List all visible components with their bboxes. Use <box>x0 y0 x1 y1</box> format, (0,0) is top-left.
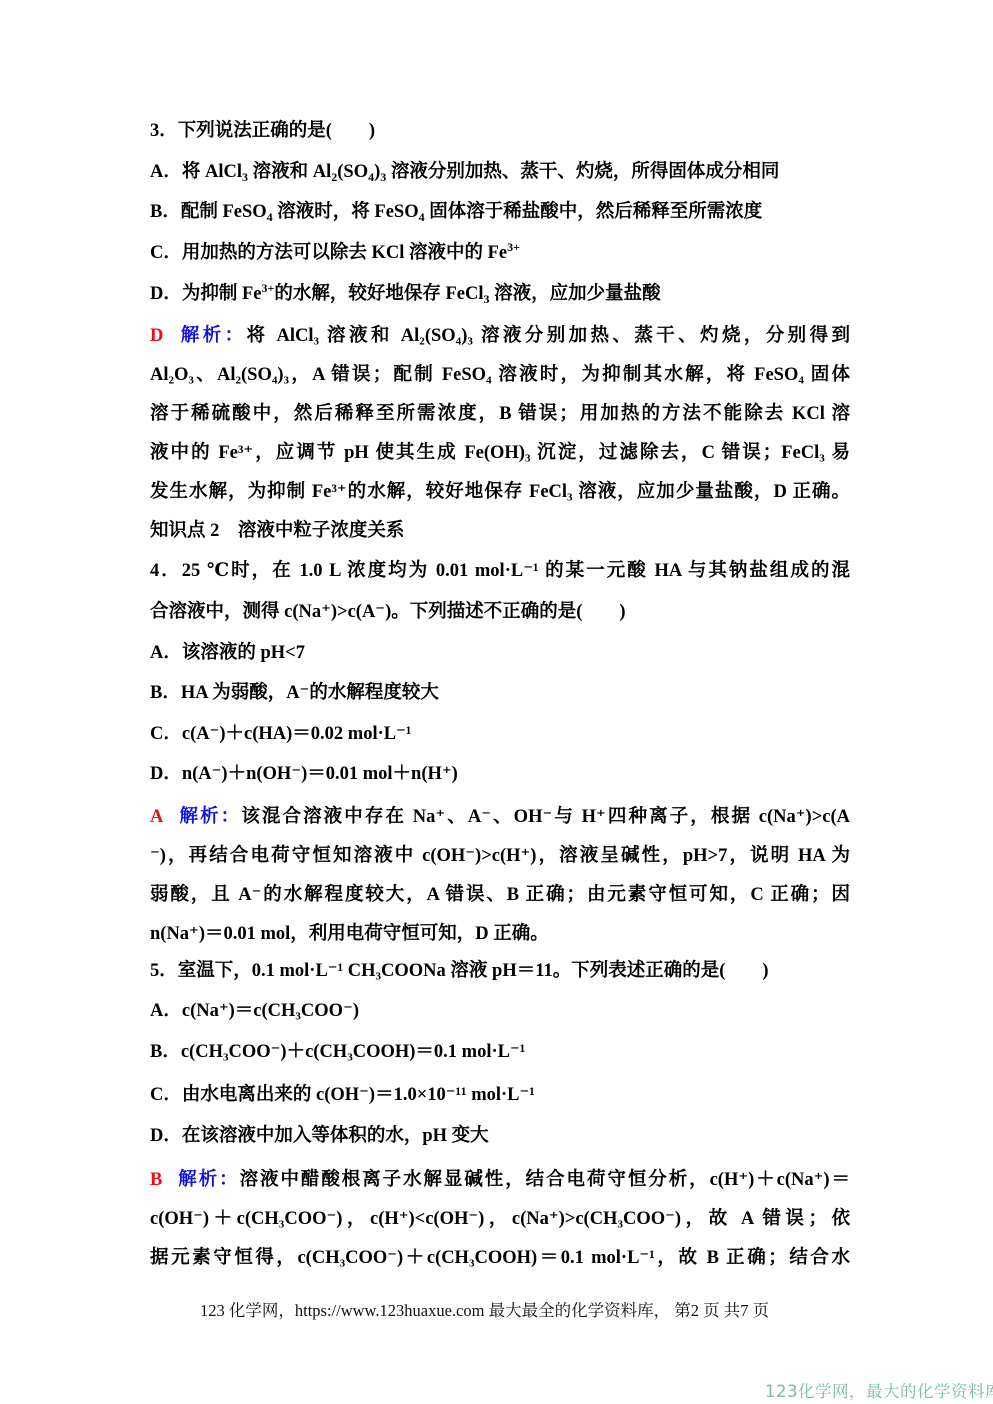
section-title: 知识点 2 溶液中粒子浓度关系 <box>150 519 850 543</box>
q5-option-d: D．在该溶液中加入等体积的水，pH 变大 <box>150 1124 850 1148</box>
watermark: 123化学网，最大的化学资料库 <box>765 1378 993 1402</box>
q5-answer: B <box>150 1170 162 1190</box>
q5-analysis-line-3: 据元素守恒得，c(CH₃COO⁻)＋c(CH₃COOH)＝0.1 mol·L⁻¹… <box>150 1246 850 1270</box>
q5-stem: 5．室温下，0.1 mol·L⁻¹ CH₃COONa 溶液 pH＝11。下列表述… <box>150 959 850 983</box>
q5-analysis-line-1: B解析：溶液中醋酸根离子水解显碱性，结合电荷守恒分析，c(H⁺)＋c(Na⁺)＝ <box>150 1168 850 1192</box>
q3-analysis-line-2: Al₂O₃、Al₂(SO₄)₃，A 错误；配制 FeSO₄ 溶液时，为抑制其水解… <box>150 363 850 387</box>
q3-analysis-line-4: 液中的 Fe³⁺，应调节 pH 使其生成 Fe(OH)₃ 沉淀，过滤除去，C 错… <box>150 441 850 465</box>
q3-analysis-label: 解析： <box>177 326 246 346</box>
q4-option-d: D．n(A⁻)＋n(OH⁻)＝0.01 mol＋n(H⁺) <box>150 762 850 786</box>
q4-analysis-label: 解析： <box>177 807 241 827</box>
q4-stem-line-2: 合溶液中，测得 c(Na⁺)>c(A⁻)。下列描述不正确的是( ) <box>150 600 850 624</box>
q3-analysis-line-1: D解析：将 AlCl₃ 溶液和 Al₂(SO₄)₃ 溶液分别加热、蒸干、灼烧，分… <box>150 324 850 348</box>
page-footer: 123 化学网，https://www.123huaxue.com 最大最全的化… <box>200 1297 769 1321</box>
q4-option-b: B．HA 为弱酸，A⁻的水解程度较大 <box>150 681 850 705</box>
q5-option-a: A．c(Na⁺)＝c(CH₃COO⁻) <box>150 999 850 1023</box>
q4-option-c: C．c(A⁻)＋c(HA)＝0.02 mol·L⁻¹ <box>150 722 850 746</box>
q4-analysis-line-4: n(Na⁺)＝0.01 mol，利用电荷守恒可知，D 正确。 <box>150 922 850 946</box>
q3-option-c: C．用加热的方法可以除去 KCl 溶液中的 Fe3+ <box>150 241 850 265</box>
q5-option-b: B．c(CH₃COO⁻)＋c(CH₃COOH)＝0.1 mol·L⁻¹ <box>150 1040 850 1064</box>
q4-stem-line-1: 4．25 ℃时，在 1.0 L 浓度均为 0.01 mol·L⁻¹ 的某一元酸 … <box>150 559 850 583</box>
q4-analysis-line-2: ⁻)，再结合电荷守恒知溶液中 c(OH⁻)>c(H⁺)，溶液呈碱性，pH>7，说… <box>150 844 850 868</box>
q5-analysis-label: 解析： <box>176 1170 239 1190</box>
q3-answer: D <box>150 326 163 346</box>
q3-option-d: D．为抑制 Fe3+的水解，较好地保存 FeCl3 溶液，应加少量盐酸 <box>150 282 850 306</box>
q3-stem: 3．下列说法正确的是( ) <box>150 119 850 143</box>
q4-option-a: A．该溶液的 pH<7 <box>150 641 850 665</box>
q5-analysis-line-2: c(OH⁻)＋c(CH₃COO⁻)，c(H⁺)<c(OH⁻)，c(Na⁺)>c(… <box>150 1207 850 1231</box>
q3-option-b: B．配制 FeSO4 溶液时，将 FeSO4 固体溶于稀盐酸中，然后稀释至所需浓… <box>150 200 850 224</box>
q3-option-a: A．将 AlCl3 溶液和 Al2(SO4)3 溶液分别加热、蒸干、灼烧，所得固… <box>150 160 850 184</box>
q5-option-c: C．由水电离出来的 c(OH⁻)＝1.0×10⁻¹¹ mol·L⁻¹ <box>150 1083 850 1107</box>
q4-analysis-line-3: 弱酸，且 A⁻的水解程度较大，A 错误、B 正确；由元素守恒可知，C 正确；因 <box>150 883 850 907</box>
q3-analysis-line-5: 发生水解，为抑制 Fe³⁺的水解，较好地保存 FeCl₃ 溶液，应加少量盐酸，D… <box>150 480 850 504</box>
q3-analysis-line-3: 溶于稀硫酸中，然后稀释至所需浓度，B 错误；用加热的方法不能除去 KCl 溶 <box>150 402 850 426</box>
q4-analysis-line-1: A解析：该混合溶液中存在 Na⁺、A⁻、OH⁻与 H⁺四种离子，根据 c(Na⁺… <box>150 805 850 829</box>
q4-answer: A <box>150 807 163 827</box>
document-page: 3．下列说法正确的是( ) A．将 AlCl3 溶液和 Al2(SO4)3 溶液… <box>0 0 993 1404</box>
